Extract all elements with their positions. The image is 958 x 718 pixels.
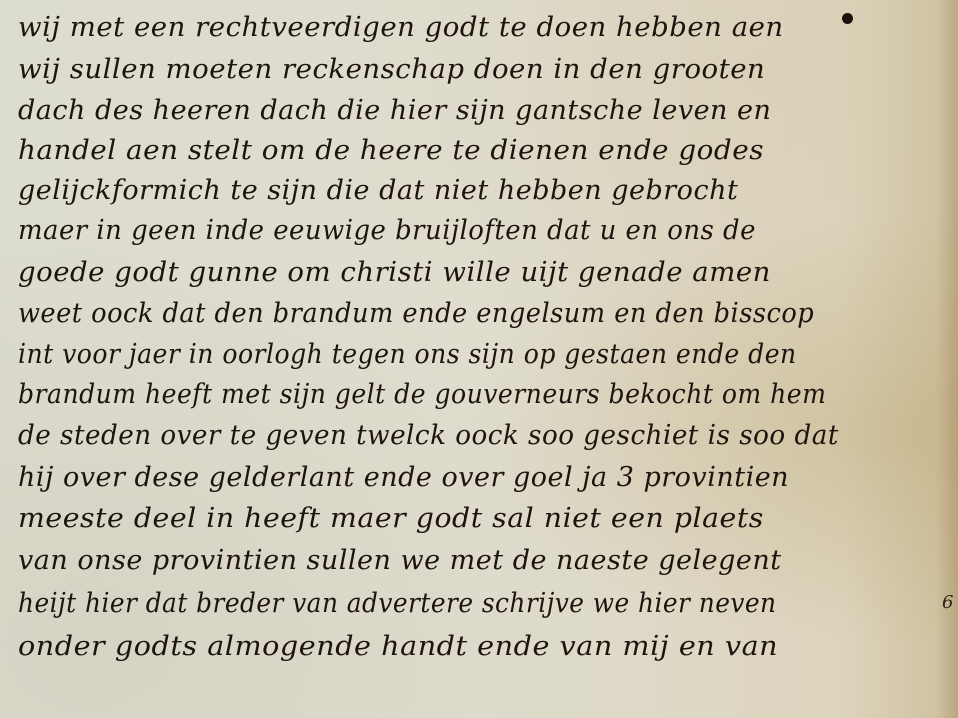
manuscript-line: onder godts almogende handt ende van mij…: [18, 631, 778, 662]
manuscript-line: van onse provintien sullen we met de nae…: [18, 545, 782, 576]
manuscript-line: hij over dese gelderlant ende over goel …: [18, 462, 789, 493]
manuscript-line: dach des heeren dach die hier sijn gants…: [18, 95, 771, 126]
manuscript-line: de steden over te geven twelck oock soo …: [18, 420, 839, 451]
manuscript-line: int voor jaer in oorlogh tegen ons sijn …: [18, 339, 797, 370]
manuscript-line: gelijckformich te sijn die dat niet hebb…: [18, 175, 738, 206]
manuscript-line: wij met een rechtveerdigen godt te doen …: [18, 12, 784, 43]
manuscript-line: goede godt gunne om christi wille uijt g…: [18, 257, 771, 288]
folio-number: 6: [942, 592, 953, 613]
manuscript-line: meeste deel in heeft maer godt sal niet …: [18, 503, 764, 534]
manuscript-line: brandum heeft met sijn gelt de gouverneu…: [18, 379, 826, 410]
manuscript-line: heijt hier dat breder van advertere schr…: [18, 588, 776, 619]
manuscript-line: weet oock dat den brandum ende engelsum …: [18, 298, 814, 329]
manuscript-page: wij met een rechtveerdigen godt te doen …: [0, 0, 958, 718]
manuscript-line: wij sullen moeten reckenschap doen in de…: [18, 54, 765, 85]
manuscript-line: handel aen stelt om de heere te dienen e…: [18, 135, 764, 166]
ink-blot: [842, 13, 853, 24]
manuscript-line: maer in geen inde eeuwige bruijloften da…: [18, 215, 756, 246]
